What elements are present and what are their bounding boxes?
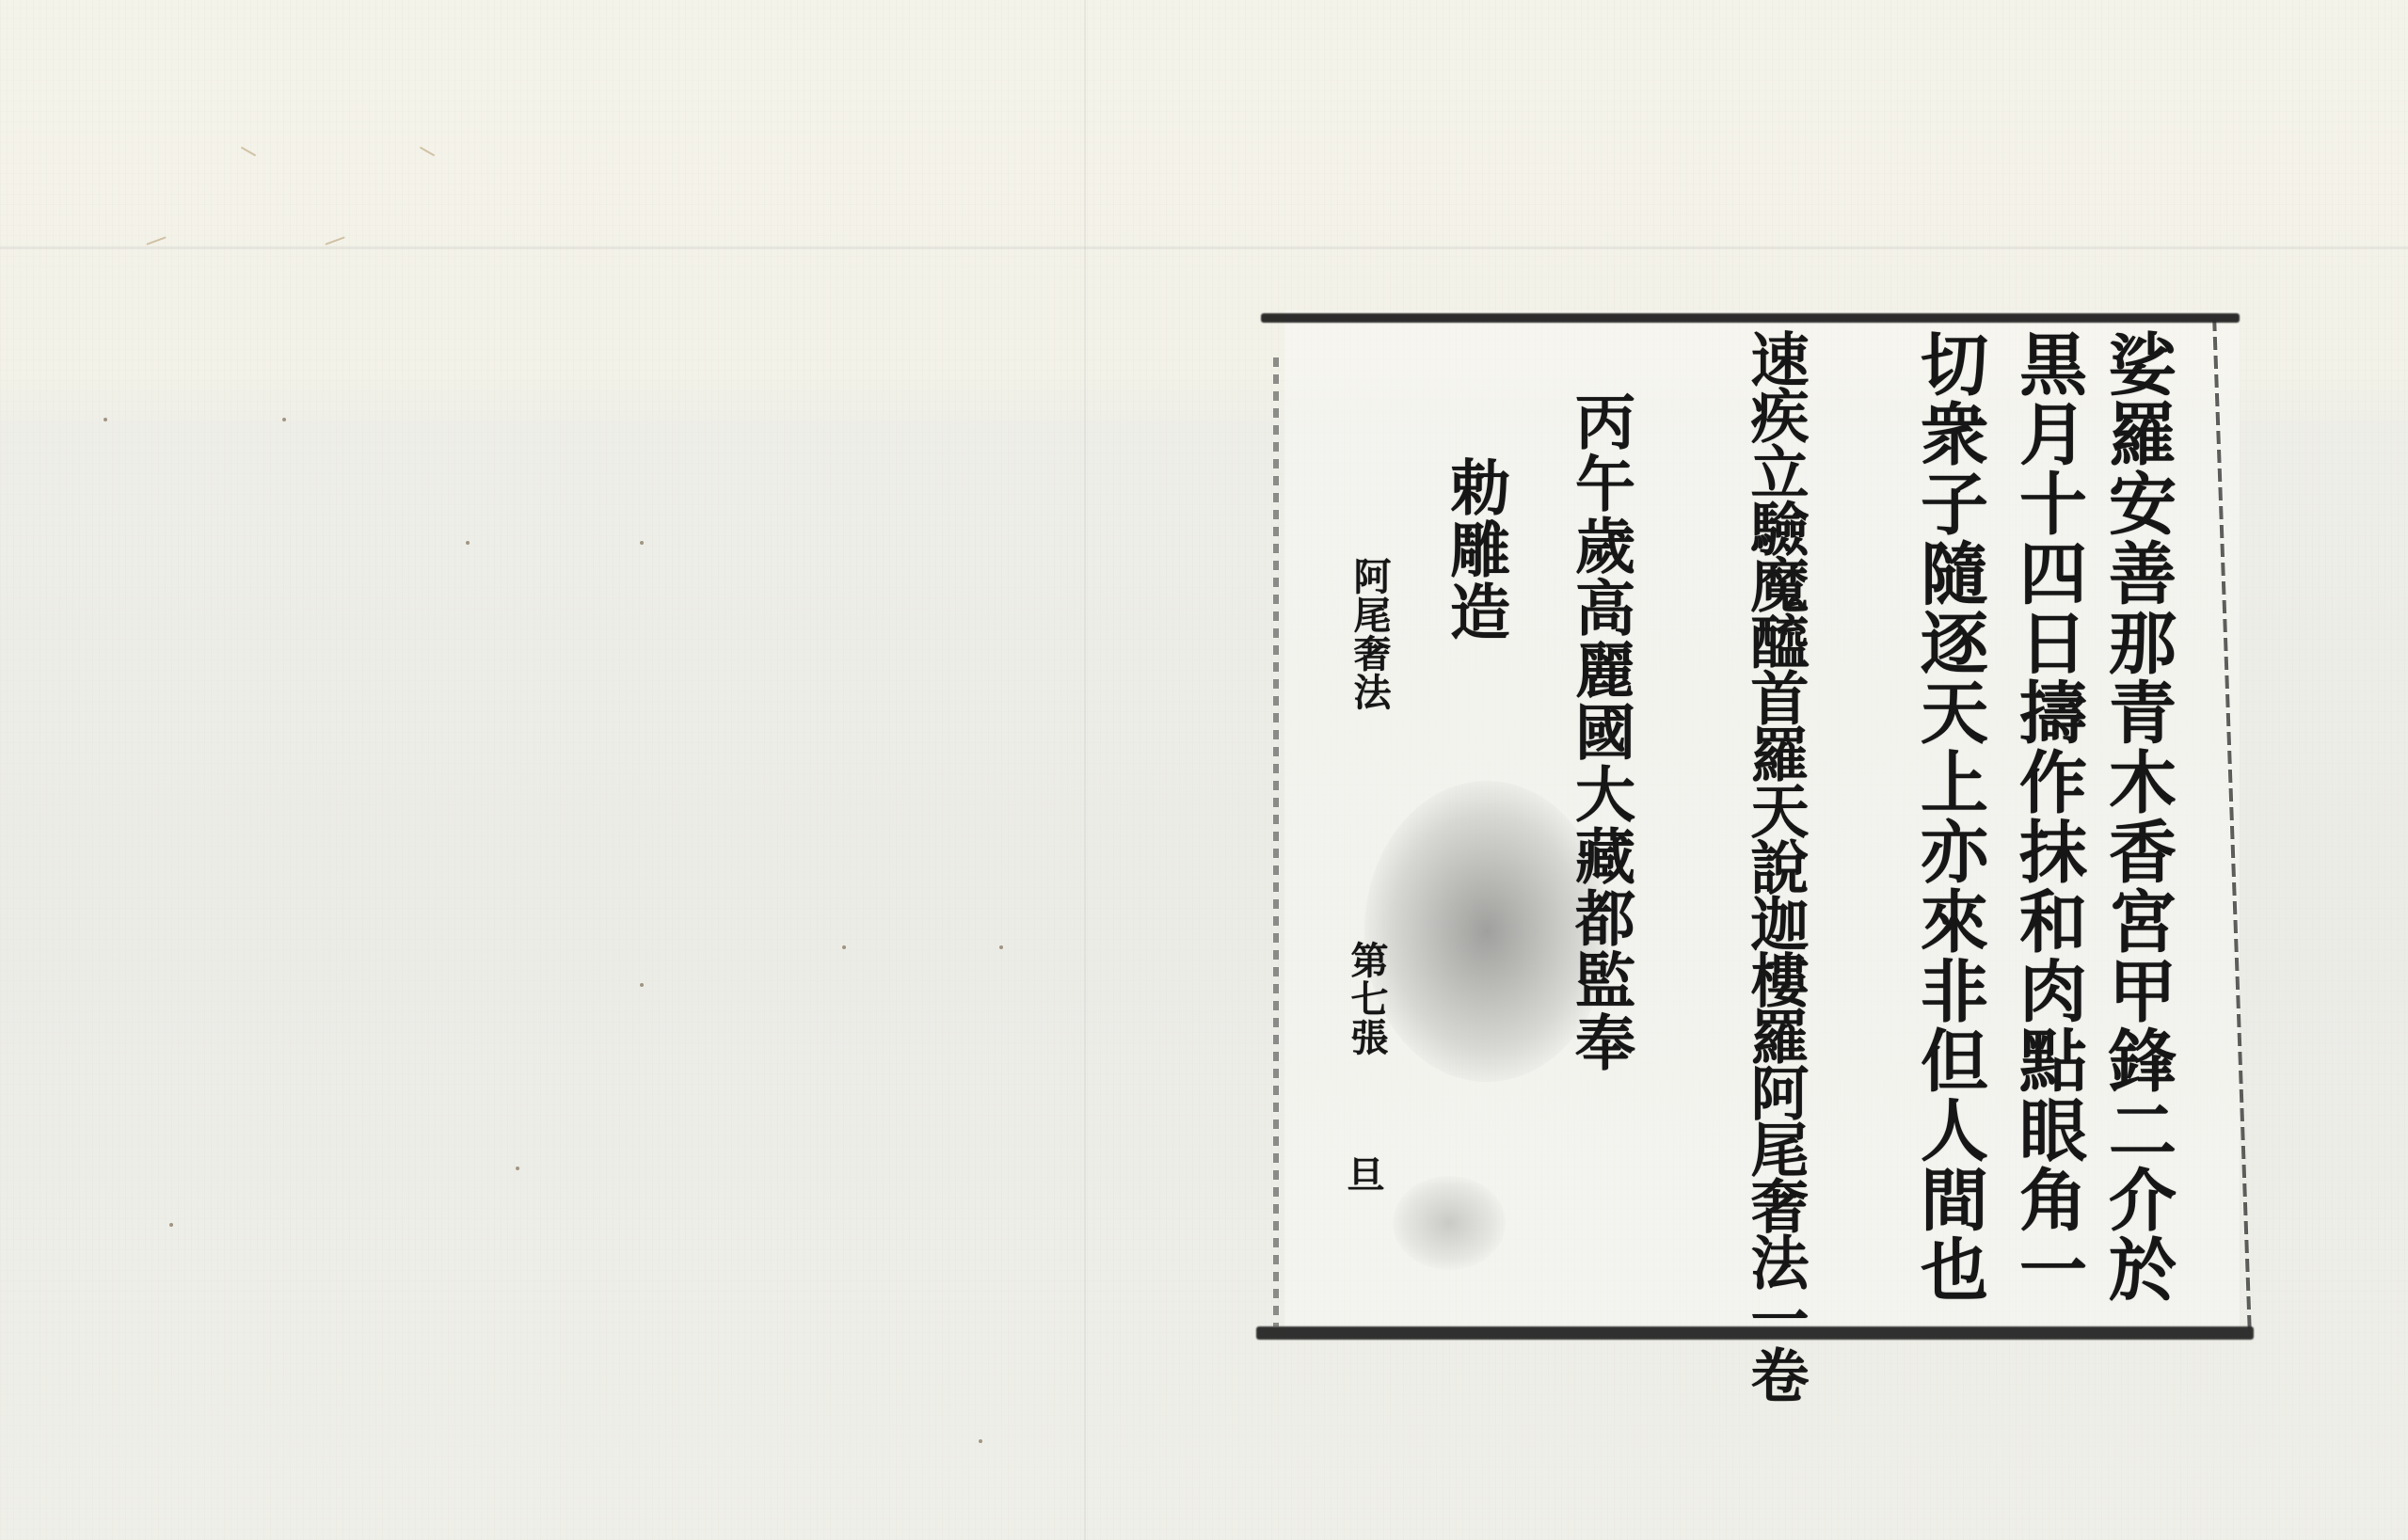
block-mark: 旦 xyxy=(1344,1155,1381,1194)
text-column-2: 黒月十四日擣作抹和肉點眼角一 xyxy=(2014,329,2081,1304)
colophon-column-2: 勅雕造 xyxy=(1444,456,1505,643)
paper-fleck xyxy=(640,541,644,545)
title-column: 速疾立驗魔醯首羅天說迦樓羅阿尾奢法一卷 xyxy=(1746,329,1804,1402)
margin-title: 阿尾奢法 xyxy=(1350,557,1388,711)
paper-fleck xyxy=(842,945,846,949)
text-column-3: 切衆子隨逐天上亦來非但人間也 xyxy=(1915,329,1983,1304)
block-border-left xyxy=(1273,357,1279,1326)
paper-fold-vertical xyxy=(1084,0,1086,1540)
paper-fleck xyxy=(282,418,286,421)
text-column-1: 娑羅安善那青木香宮甲鋒二介於 xyxy=(2103,329,2171,1304)
paper-fleck xyxy=(516,1167,519,1170)
paper-fleck xyxy=(169,1223,173,1227)
paper-fleck xyxy=(979,1439,982,1443)
paper-fleck xyxy=(640,983,644,987)
paper-fleck xyxy=(466,541,470,545)
block-border-top xyxy=(1261,313,2240,323)
sheet-number: 第七張 xyxy=(1348,941,1385,1056)
paper-fold-horizontal xyxy=(0,246,2408,249)
ink-smudge xyxy=(1393,1176,1506,1270)
paper-fleck xyxy=(104,418,107,421)
paper-fleck xyxy=(999,945,1003,949)
colophon-column: 丙午歲高麗國大藏都監奉 xyxy=(1570,390,1630,1073)
